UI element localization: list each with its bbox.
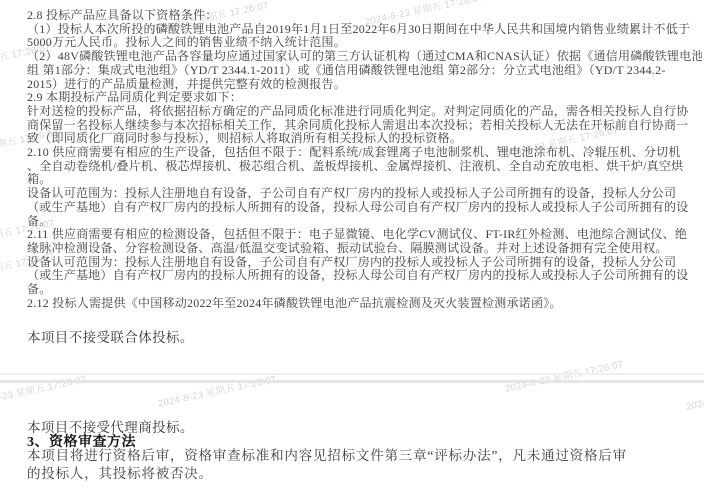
document-line: （1）投标人本次所投的磷酸铁锂电池产品自2019年1月1日至2022年6月30日… <box>27 23 702 37</box>
document-line: 2.9 本期投标产品同质化判定要求如下： <box>27 91 702 105</box>
document-line: 组 第1部分：集成式电池组》（YD/T 2344.1-2011）或《通信用磷酸铁… <box>27 64 702 78</box>
document-line: 备。 <box>27 283 702 297</box>
document-line: 缘脉冲检测设备、分容检测设备、高温/低温交变试验箱、振动试验台、隔膜测试设备。并… <box>27 242 702 256</box>
document-line: 的投标人，其投标将被否决。 <box>27 465 702 483</box>
page-bottom-edge <box>0 373 704 375</box>
document-line: 2.10 供应商需要有相应的生产设备，包括但不限于：配料系统/成套锂离子电池制浆… <box>27 146 702 160</box>
document-line: 箱。 <box>27 173 702 187</box>
document-line: （或生产基地）自有产权厂房内的投标人所拥有的设备，投标人母公司自有产权厂房内的投… <box>27 269 702 283</box>
document-line: （2）48V磷酸铁锂电池产品各容量均应通过国家认可的第三方认证机构（通过CMA和… <box>27 50 702 64</box>
document-line: 致（即同质化厂商同时参与投标），则招标人将取消所有相关投标人的投标资格。 <box>27 132 702 146</box>
document-line: 2.12 投标人需提供《中国移动2022年至2024年磷酸铁锂电池产品抗震检测及… <box>27 297 702 311</box>
document-line: 本项目将进行资格后审，资格审查标准和内容见招标文件第三章“评标办法”，凡未通过资… <box>27 447 702 465</box>
bid-requirements-text: 2.8 投标产品应具备以下资格条件：（1）投标人本次所投的磷酸铁锂电池产品自20… <box>27 9 702 310</box>
document-line: 针对送检的投标产品，将依据招标方确定的产品同质化标准进行同质化判定。对判定同质化… <box>27 105 702 119</box>
document-page-1: 2.8 投标产品应具备以下资格条件：（1）投标人本次所投的磷酸铁锂电池产品自20… <box>0 0 704 373</box>
document-viewer: 2024-8-23 星期五 17:26:072024-8-23 星期五 17:2… <box>0 0 704 504</box>
document-line: 备。 <box>27 215 702 229</box>
document-page-2: 本项目不接受代理商投标。 3、资格审查方法 本项目将进行资格后审，资格审查标准和… <box>0 386 704 504</box>
document-line: 2015）进行的产品质量检测，并提供完整有效的检测报告。 <box>27 78 702 92</box>
document-line: 5000万元人民币。投标人之间的销售业绩不纳入统计范围。 <box>27 36 702 50</box>
document-line: （或生产基地）自有产权厂房内的投标人所拥有的设备，投标人母公司自有产权厂房内的投… <box>27 201 702 215</box>
no-consortium-bid-notice: 本项目不接受联合体投标。 <box>27 326 194 346</box>
document-line: 2.8 投标产品应具备以下资格条件： <box>27 9 702 23</box>
qualification-review-paragraph: 本项目将进行资格后审，资格审查标准和内容见招标文件第三章“评标办法”，凡未通过资… <box>27 447 702 483</box>
document-line: 2.11 供应商需要有相应的检测设备，包括但不限于：电子显微镜、电化学CV测试仪… <box>27 228 702 242</box>
page-top-edge <box>0 380 704 383</box>
document-line: 设备认可范围为：投标人注册地自有设备，子公司自有产权厂房内的投标人或投标人子公司… <box>27 256 702 270</box>
document-line: 商保留一名投标人继续参与本次招标相关工作，其余同质化投标人需退出本次投标；若相关… <box>27 119 702 133</box>
document-line: 、全自动卷绕机/叠片机、极芯焊接机、极芯组合机、盖板焊接机、金属焊接机、注液机、… <box>27 160 702 174</box>
document-line: 设备认可范围为：投标人注册地自有设备，子公司自有产权厂房内的投标人或投标人子公司… <box>27 187 702 201</box>
